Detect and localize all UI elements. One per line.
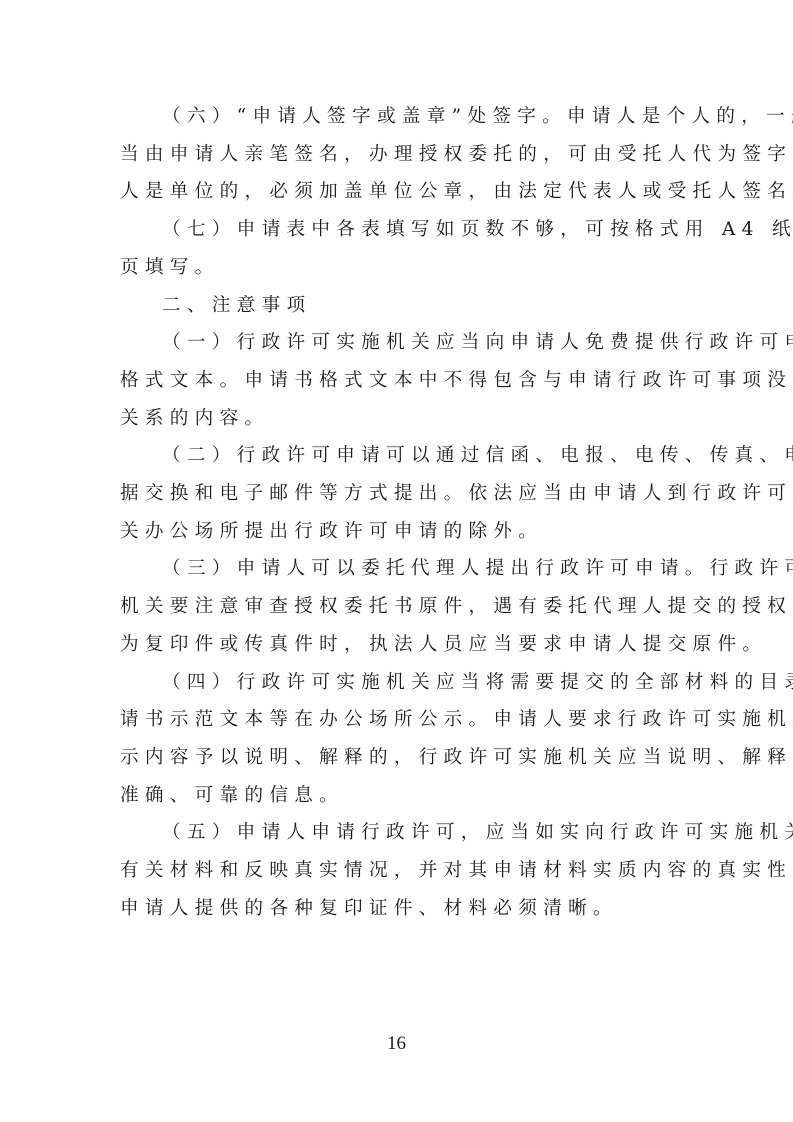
text-line: 人是单位的，必须加盖单位公章，由法定代表人或受托人签名。 — [120, 173, 682, 211]
text-line: 格式文本。申请书格式文本中不得包含与申请行政许可事项没有直接 — [120, 362, 682, 400]
paragraph-item-6: （六）“申请人签字或盖章”处签字。申请人是个人的，一般应 当由申请人亲笔签名，办… — [120, 98, 682, 211]
section-heading: 二、注意事项 — [120, 287, 682, 325]
page-number: 16 — [0, 1033, 793, 1055]
text-line: （一）行政许可实施机关应当向申请人免费提供行政许可申请书 — [120, 324, 682, 362]
text-line: （三）申请人可以委托代理人提出行政许可申请。行政许可实施 — [120, 550, 682, 588]
paragraph-notice-3: （三）申请人可以委托代理人提出行政许可申请。行政许可实施 机关要注意审查授权委托… — [120, 550, 682, 663]
text-line: 关系的内容。 — [120, 400, 682, 438]
text-line: （五）申请人申请行政许可，应当如实向行政许可实施机关提交 — [120, 814, 682, 852]
paragraph-notice-1: （一）行政许可实施机关应当向申请人免费提供行政许可申请书 格式文本。申请书格式文… — [120, 324, 682, 437]
text-line: （四）行政许可实施机关应当将需要提交的全部材料的目录和申 — [120, 664, 682, 702]
text-line: 关办公场所提出行政许可申请的除外。 — [120, 513, 682, 551]
text-line: 为复印件或传真件时，执法人员应当要求申请人提交原件。 — [120, 626, 682, 664]
text-line: 请书示范文本等在办公场所公示。申请人要求行政许可实施机关对公 — [120, 701, 682, 739]
section-heading-notices: 二、注意事项 — [120, 287, 682, 325]
paragraph-notice-4: （四）行政许可实施机关应当将需要提交的全部材料的目录和申 请书示范文本等在办公场… — [120, 664, 682, 815]
text-line: （二）行政许可申请可以通过信函、电报、电传、传真、电子数 — [120, 437, 682, 475]
text-line: 机关要注意审查授权委托书原件，遇有委托代理人提交的授权委托书 — [120, 588, 682, 626]
text-line: 当由申请人亲笔签名，办理授权委托的，可由受托人代为签字；申请 — [120, 136, 682, 174]
paragraph-notice-2: （二）行政许可申请可以通过信函、电报、电传、传真、电子数 据交换和电子邮件等方式… — [120, 437, 682, 550]
paragraph-item-7: （七）申请表中各表填写如页数不够，可按格式用 A4 纸打印加 页填写。 — [120, 211, 682, 286]
text-line: 申请人提供的各种复印证件、材料必须清晰。 — [120, 890, 682, 928]
text-line: 页填写。 — [120, 249, 682, 287]
text-line: （六）“申请人签字或盖章”处签字。申请人是个人的，一般应 — [120, 98, 682, 136]
text-line: 准确、可靠的信息。 — [120, 777, 682, 815]
document-page: （六）“申请人签字或盖章”处签字。申请人是个人的，一般应 当由申请人亲笔签名，办… — [120, 98, 682, 927]
text-line: 有关材料和反映真实情况，并对其申请材料实质内容的真实性负责。 — [120, 852, 682, 890]
text-line: 据交换和电子邮件等方式提出。依法应当由申请人到行政许可实施机 — [120, 475, 682, 513]
text-line: 示内容予以说明、解释的，行政许可实施机关应当说明、解释，提供 — [120, 739, 682, 777]
text-line: （七）申请表中各表填写如页数不够，可按格式用 A4 纸打印加 — [120, 211, 682, 249]
paragraph-notice-5: （五）申请人申请行政许可，应当如实向行政许可实施机关提交 有关材料和反映真实情况… — [120, 814, 682, 927]
